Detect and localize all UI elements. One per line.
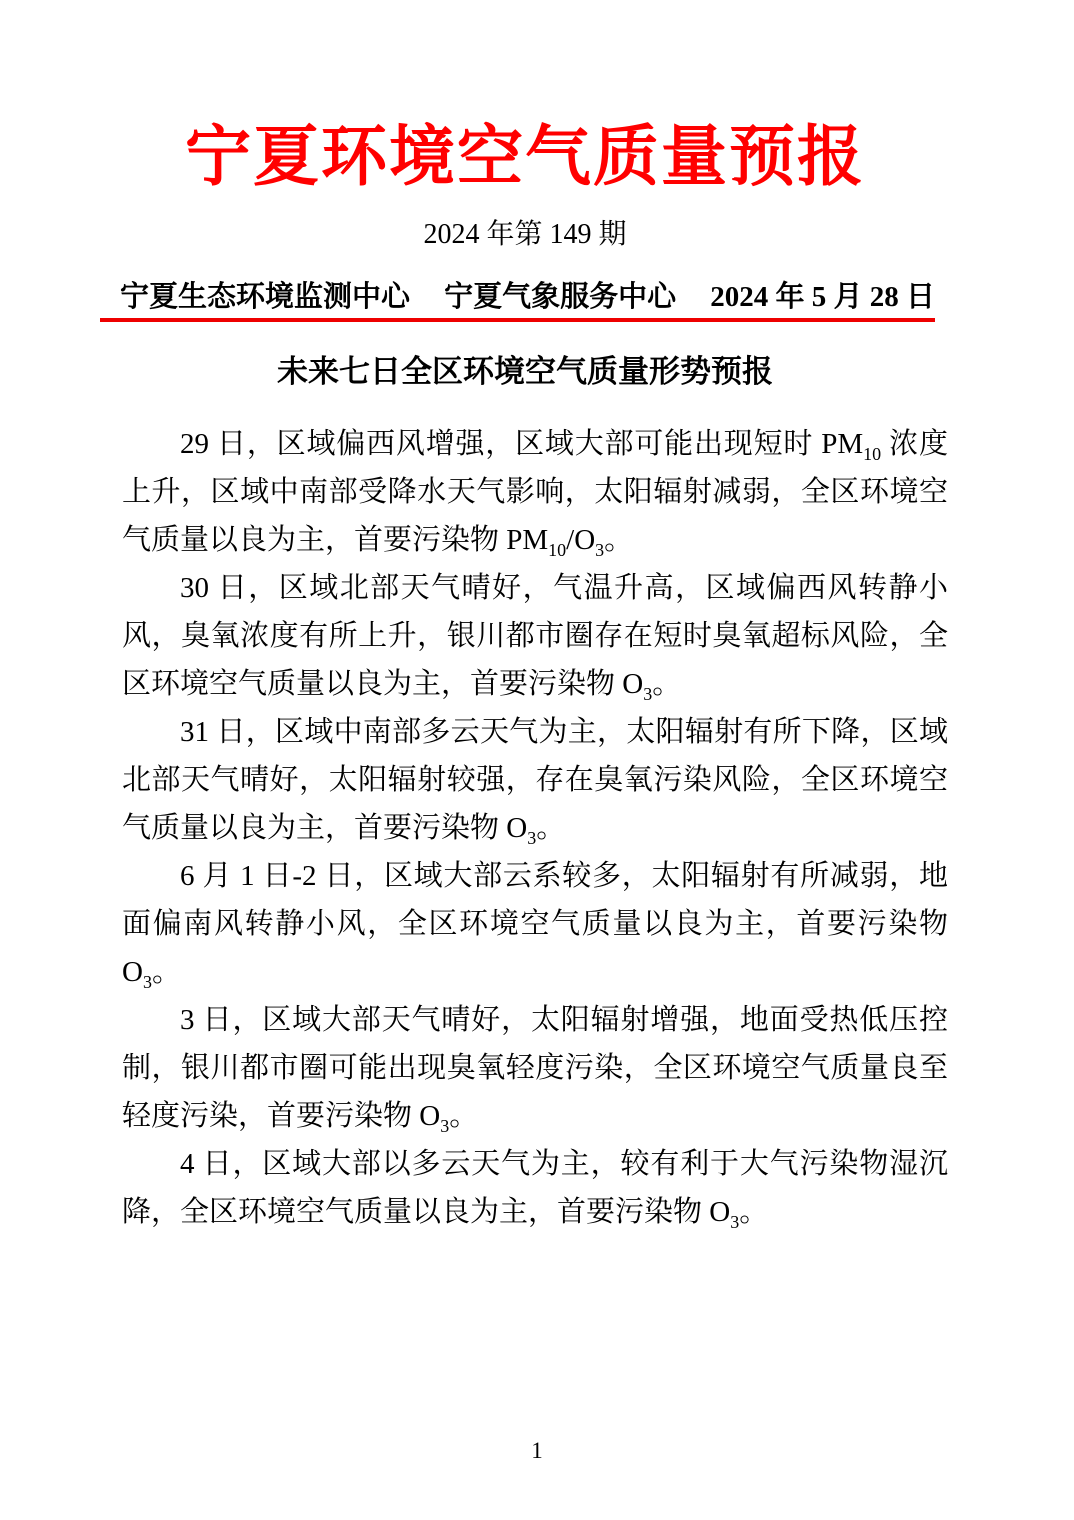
- paragraph-text: 。: [604, 524, 633, 556]
- forecast-paragraph: 30 日，区域北部天气晴好，气温升高，区域偏西风转静小风，臭氧浓度有所上升，银川…: [122, 564, 948, 708]
- subscript-text: 3: [730, 1212, 739, 1232]
- document-header: 宁夏环境空气质量预报 2024 年第 149 期 宁夏生态环境监测中心 宁夏气象…: [100, 112, 950, 322]
- document-content: 宁夏环境空气质量预报 2024 年第 149 期 宁夏生态环境监测中心 宁夏气象…: [100, 0, 950, 1236]
- paragraph-text: 4 日，区域大部以多云天气为主，较有利于大气污染物湿沉降，全区环境空气质量以良为…: [122, 1148, 948, 1228]
- paragraph-text: 31 日，区域中南部多云天气为主，太阳辐射有所下降，区域北部天气晴好，太阳辐射较…: [122, 716, 948, 844]
- issue-date: 2024 年 5 月 28 日: [710, 280, 935, 314]
- paragraph-text: 。: [652, 668, 681, 700]
- paragraph-text: 29 日，区域偏西风增强，区域大部可能出现短时 PM: [180, 428, 863, 460]
- masthead-line: 宁夏生态环境监测中心 宁夏气象服务中心 2024 年 5 月 28 日: [100, 280, 935, 314]
- forecast-paragraph: 4 日，区域大部以多云天气为主，较有利于大气污染物湿沉降，全区环境空气质量以良为…: [122, 1140, 948, 1236]
- subscript-text: 3: [643, 684, 652, 704]
- page-footer: 1: [0, 1438, 1074, 1464]
- subscript-text: 3: [595, 540, 604, 560]
- paragraph-text: /O: [566, 524, 595, 556]
- issue-number: 2024 年第 149 期: [100, 218, 950, 252]
- forecast-paragraph: 6 月 1 日-2 日，区域大部云系较多，太阳辐射有所减弱，地面偏南风转静小风，…: [122, 852, 948, 996]
- forecast-paragraph: 31 日，区域中南部多云天气为主，太阳辐射有所下降，区域北部天气晴好，太阳辐射较…: [122, 708, 948, 852]
- paragraph-text: 。: [449, 1100, 478, 1132]
- org-weather-center: 宁夏气象服务中心: [444, 280, 676, 314]
- paragraph-text: 30 日，区域北部天气晴好，气温升高，区域偏西风转静小风，臭氧浓度有所上升，银川…: [122, 572, 948, 700]
- page-number: 1: [531, 1438, 543, 1463]
- paragraph-text: 3 日，区域大部天气晴好，太阳辐射增强，地面受热低压控制，银川都市圈可能出现臭氧…: [122, 1004, 948, 1132]
- subscript-text: 3: [440, 1116, 449, 1136]
- forecast-paragraph: 3 日，区域大部天气晴好，太阳辐射增强，地面受热低压控制，银川都市圈可能出现臭氧…: [122, 996, 948, 1140]
- forecast-paragraph: 29 日，区域偏西风增强，区域大部可能出现短时 PM10 浓度上升，区域中南部受…: [122, 420, 948, 564]
- document-title: 宁夏环境空气质量预报: [100, 112, 950, 204]
- subscript-text: 3: [143, 972, 152, 992]
- paragraph-text: 。: [536, 812, 565, 844]
- section-heading: 未来七日全区环境空气质量形势预报: [100, 352, 950, 392]
- forecast-paragraphs: 29 日，区域偏西风增强，区域大部可能出现短时 PM10 浓度上升，区域中南部受…: [100, 420, 948, 1236]
- subscript-text: 3: [527, 828, 536, 848]
- paragraph-text: 。: [152, 956, 181, 988]
- document-page: 宁夏环境空气质量预报 2024 年第 149 期 宁夏生态环境监测中心 宁夏气象…: [0, 0, 1074, 1520]
- org-monitoring-center: 宁夏生态环境监测中心: [120, 280, 410, 314]
- paragraph-text: 。: [739, 1196, 768, 1228]
- subscript-text: 10: [863, 444, 881, 464]
- subscript-text: 10: [548, 540, 566, 560]
- paragraph-text: 6 月 1 日-2 日，区域大部云系较多，太阳辐射有所减弱，地面偏南风转静小风，…: [122, 860, 948, 988]
- red-divider-rule: [100, 318, 935, 322]
- document-main: 未来七日全区环境空气质量形势预报 29 日，区域偏西风增强，区域大部可能出现短时…: [100, 352, 950, 1236]
